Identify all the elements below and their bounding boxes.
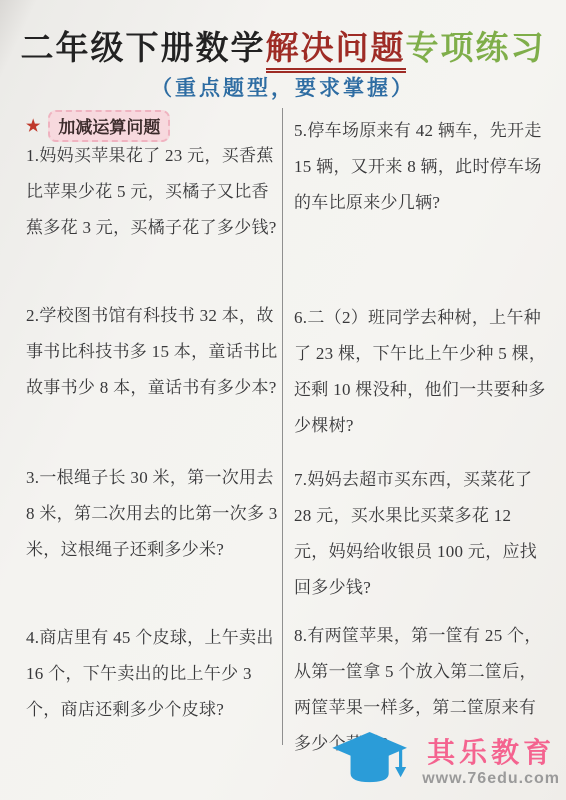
brand-text-block: 其乐教育 www.76edu.com bbox=[422, 738, 560, 788]
title-part-red: 解决问题 bbox=[266, 31, 406, 73]
problem-item-4: 4.商店里有 45 个皮球，上午卖出 16 个，下午卖出的比上午少 3 个，商店… bbox=[26, 620, 282, 728]
problem-item-5: 5.停车场原来有 42 辆车，先开走 15 辆，又开来 8 辆，此时停车场的车比… bbox=[294, 113, 550, 221]
problem-item-2: 2.学校图书馆有科技书 32 本，故事书比科技书多 15 本，童话书比故事书少 … bbox=[26, 298, 282, 406]
title-part-green: 专项练习 bbox=[406, 31, 546, 67]
star-icon: ★ bbox=[26, 116, 40, 136]
problem-item-3: 3.一根绳子长 30 米，第一次用去 8 米，第二次用去的比第一次多 3 米，这… bbox=[26, 460, 282, 568]
brand-name: 其乐教育 bbox=[427, 738, 555, 769]
graduation-cap-icon bbox=[330, 732, 414, 794]
column-divider bbox=[282, 108, 283, 745]
problem-item-6: 6.二（2）班同学去种树，上午种了 23 棵，下午比上午少种 5 棵，还剩 10… bbox=[294, 300, 550, 444]
worksheet-page: 二年级下册数学解决问题专项练习 （重点题型，要求掌握） ★ 加减运算问题 1.妈… bbox=[0, 0, 566, 800]
page-subtitle: （重点题型，要求掌握） bbox=[0, 72, 566, 102]
brand-logo: 其乐教育 www.76edu.com bbox=[330, 732, 560, 794]
title-part-black: 二年级下册数学 bbox=[21, 31, 266, 67]
problem-item-7: 7.妈妈去超市买东西，买菜花了 28 元，买水果比买菜多花 12 元，妈妈给收银… bbox=[294, 462, 550, 606]
problem-item-1: 1.妈妈买苹果花了 23 元，买香蕉比苹果少花 5 元，买橘子又比香蕉多花 3 … bbox=[26, 138, 282, 246]
brand-url: www.76edu.com bbox=[422, 769, 560, 788]
page-title: 二年级下册数学解决问题专项练习 bbox=[0, 22, 566, 69]
